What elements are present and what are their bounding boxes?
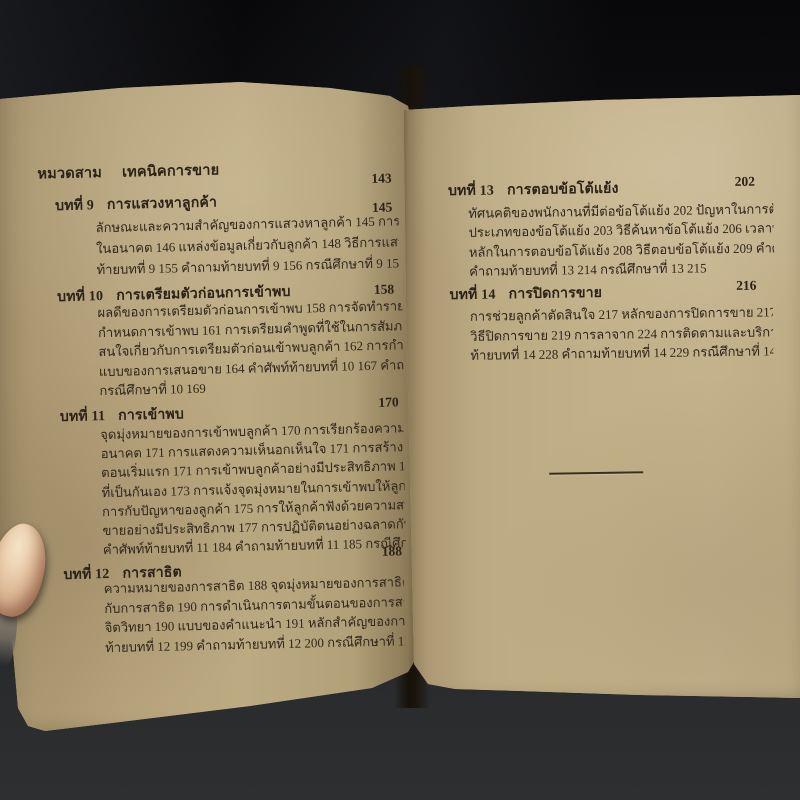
page-number: 170 [335, 394, 399, 411]
section-title: เทคนิคการขาย [122, 158, 220, 183]
page-number: 188 [338, 543, 402, 560]
book-photo: หมวดสาม เทคนิคการขาย 143 บทที่ 9 การแสวง… [0, 0, 800, 800]
chapter-label: บทที่ 13 [448, 179, 494, 202]
chapter-heading: บทที่ 14 การปิดการขาย [449, 282, 602, 306]
toc-line: ท้ายบทที่ 14 228 คำถามท้ายบทที่ 14 229 ก… [470, 341, 773, 365]
section-divider [549, 471, 643, 474]
chapter-heading: บทที่ 9 การแสวงหาลูกค้า [55, 191, 217, 217]
chapter-body: ลักษณะและความสำคัญของการแสวงหาลูกค้า 145… [95, 210, 399, 280]
page-number: 143 [329, 170, 391, 187]
chapter-label: บทที่ 11 [60, 405, 106, 428]
chapter-label: บทที่ 14 [449, 283, 495, 306]
chapter-title: การปิดการขาย [508, 282, 602, 305]
chapter-body: ผลดีของการเตรียมตัวก่อนการเข้าพบ 158 การ… [97, 296, 404, 400]
left-page: หมวดสาม เทคนิคการขาย 143 บทที่ 9 การแสวง… [0, 60, 420, 750]
chapter-heading: บทที่ 13 การตอบข้อโต้แย้ง [448, 178, 619, 203]
chapter-body: ความหมายของการสาธิต 188 จุดมุ่งหมายของกา… [104, 572, 406, 657]
right-page-text: บทที่ 13 การตอบข้อโต้แย้ง 202 ทัศนคติของ… [398, 75, 800, 711]
left-page-text: หมวดสาม เทคนิคการขาย 143 บทที่ 9 การแสวง… [0, 52, 432, 751]
chapter-body: จุดมุ่งหมายของการเข้าพบลูกค้า 170 การเรี… [100, 418, 406, 559]
page-number: 202 [700, 174, 755, 191]
chapter-title: การแสวงหาลูกค้า [107, 191, 218, 215]
chapter-body: การช่วยลูกค้าตัดสินใจ 217 หลักของการปิดก… [470, 302, 774, 365]
section-heading: หมวดสาม เทคนิคการขาย [37, 158, 219, 185]
chapter-title: การตอบข้อโต้แย้ง [507, 178, 619, 202]
chapter-label: บทที่ 9 [55, 194, 94, 217]
right-page: บทที่ 13 การตอบข้อโต้แย้ง 202 ทัศนคติของ… [400, 80, 800, 710]
chapter-body: ทัศนคติของพนักงานที่มีต่อข้อโต้แย้ง 202 … [468, 199, 774, 281]
section-label: หมวดสาม [37, 161, 102, 185]
page-number: 216 [701, 278, 756, 295]
